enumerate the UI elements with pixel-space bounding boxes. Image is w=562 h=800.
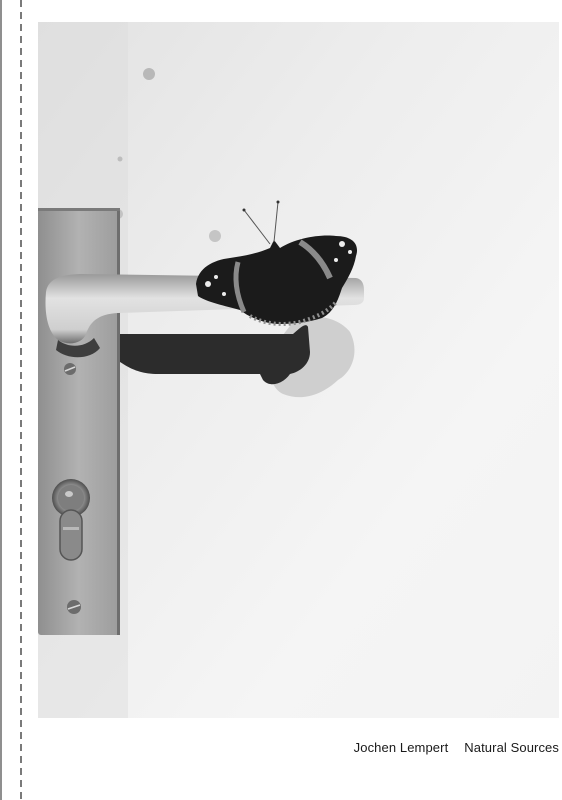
dashed-fold-line bbox=[20, 0, 22, 800]
book-title: Natural Sources bbox=[464, 740, 559, 755]
cover-caption: Jochen Lempert Natural Sources bbox=[354, 740, 559, 755]
butterfly-door-handle-image bbox=[38, 22, 559, 718]
page-edge-line bbox=[0, 0, 2, 800]
door-plate bbox=[38, 208, 120, 635]
author-name: Jochen Lempert bbox=[354, 740, 449, 755]
cover-photograph bbox=[38, 22, 559, 718]
